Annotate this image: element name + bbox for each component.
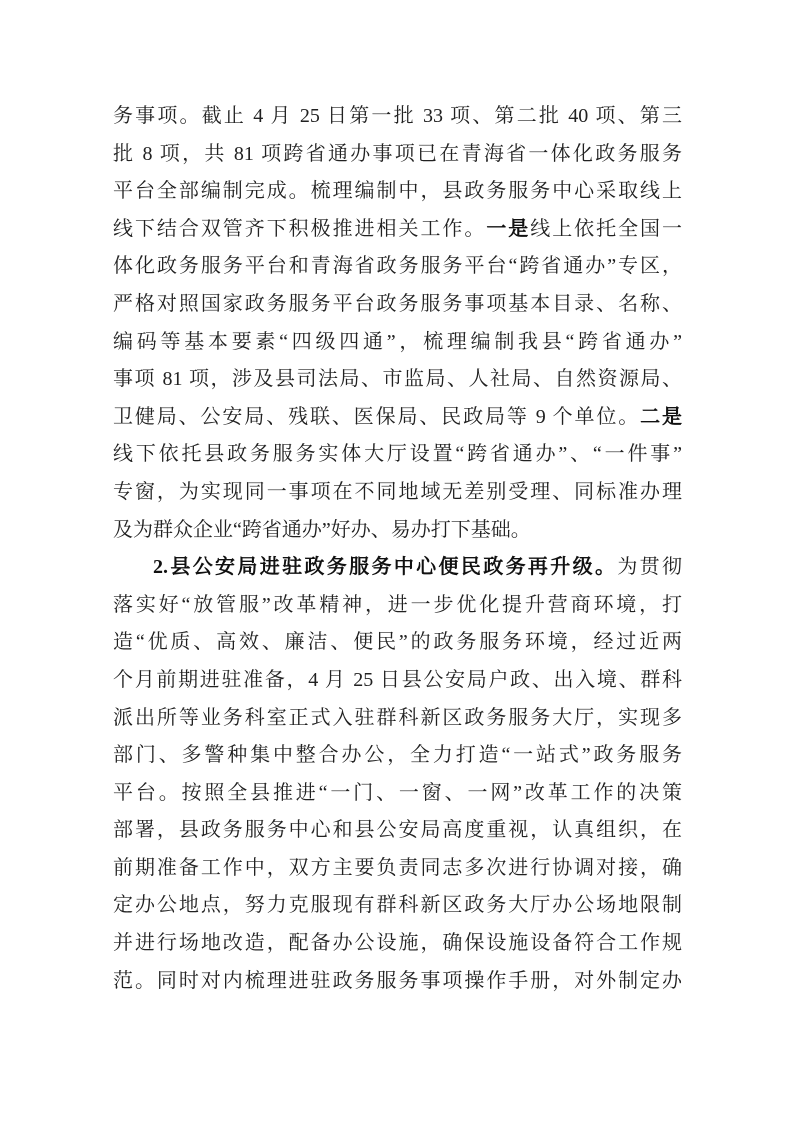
text-segment: 个月前期进驻准备，4 月 25 日县公安局户政、出入境、群科 [113, 669, 682, 691]
text-line: 并进行场地改造，配备办公设施，确保设施设备符合工作规 [113, 925, 682, 963]
text-line: 范。同时对内梳理进驻政务服务事项操作手册，对外制定办 [113, 963, 682, 1001]
text-line: 平台全部编制完成。梳理编制中，县政务服务中心采取线上 [113, 173, 682, 211]
text-line: 专窗，为实现同一事项在不同地域无差别受理、同标准办理 [113, 474, 682, 512]
text-line: 卫健局、公安局、残联、医保局、民政局等 9 个单位。二是 [113, 399, 682, 437]
text-line: 前期准备工作中，双方主要负责同志多次进行协调对接，确 [113, 850, 682, 888]
text-line: 部门、多警种集中整合办公，全力打造“一站式”政务服务 [113, 737, 682, 775]
text-segment: 线下依托县政务服务实体大厅设置“跨省通办”、“一件事” [113, 443, 682, 465]
text-segment: 批 8 项，共 81 项跨省通办事项已在青海省一体化政务服务 [113, 143, 682, 165]
bold-text-segment: 一是 [486, 218, 530, 240]
text-segment: 部门、多警种集中整合办公，全力打造“一站式”政务服务 [113, 744, 682, 766]
text-line: 派出所等业务科室正式入驻群科新区政务服务大厅，实现多 [113, 700, 682, 738]
text-line: 定办公地点，努力克服现有群科新区政务大厅办公场地限制 [113, 887, 682, 925]
text-segment: 前期准备工作中，双方主要负责同志多次进行协调对接，确 [113, 857, 682, 879]
text-line: 线下结合双管齐下积极推进相关工作。一是线上依托全国一 [113, 211, 682, 249]
document-body: 务事项。截止 4 月 25 日第一批 33 项、第二批 40 项、第三批 8 项… [113, 98, 682, 1000]
text-line: 平台。按照全县推进“一门、一窗、一网”改革工作的决策 [113, 775, 682, 813]
text-line: 事项 81 项，涉及县司法局、市监局、人社局、自然资源局、 [113, 361, 682, 399]
text-segment: 及为群众企业“跨省通办”好办、易办打下基础。 [113, 519, 531, 541]
text-line: 体化政务服务平台和青海省政务服务平台“跨省通办”专区， [113, 248, 682, 286]
text-segment: 并进行场地改造，配备办公设施，确保设施设备符合工作规 [113, 932, 682, 954]
text-line: 落实好“放管服”改革精神，进一步优化提升营商环境，打 [113, 587, 682, 625]
text-segment: 定办公地点，努力克服现有群科新区政务大厅办公场地限制 [113, 894, 682, 916]
bold-text-segment: 二是 [640, 406, 682, 428]
text-line: 务事项。截止 4 月 25 日第一批 33 项、第二批 40 项、第三 [113, 98, 682, 136]
text-line: 及为群众企业“跨省通办”好办、易办打下基础。 [113, 512, 682, 550]
text-segment: 体化政务服务平台和青海省政务服务平台“跨省通办”专区， [113, 255, 682, 277]
text-segment: 造“优质、高效、廉洁、便民”的政务服务环境，经过近两 [113, 631, 682, 653]
text-segment: 为贯彻 [617, 556, 682, 578]
text-segment: 线下结合双管齐下积极推进相关工作。 [113, 218, 486, 240]
text-line: 造“优质、高效、廉洁、便民”的政务服务环境，经过近两 [113, 624, 682, 662]
bold-text-segment: 2.县公安局进驻政务服务中心便民政务再升级。 [153, 556, 617, 578]
text-segment: 专窗，为实现同一事项在不同地域无差别受理、同标准办理 [113, 481, 682, 503]
text-line: 严格对照国家政务服务平台政务服务事项基本目录、名称、 [113, 286, 682, 324]
text-segment: 平台全部编制完成。梳理编制中，县政务服务中心采取线上 [113, 180, 682, 202]
text-segment: 部署，县政务服务中心和县公安局高度重视，认真组织，在 [113, 819, 682, 841]
text-line: 部署，县政务服务中心和县公安局高度重视，认真组织，在 [113, 812, 682, 850]
text-line: 批 8 项，共 81 项跨省通办事项已在青海省一体化政务服务 [113, 136, 682, 174]
text-segment: 派出所等业务科室正式入驻群科新区政务服务大厅，实现多 [113, 707, 682, 729]
text-segment: 范。同时对内梳理进驻政务服务事项操作手册，对外制定办 [113, 970, 682, 992]
text-segment: 落实好“放管服”改革精神，进一步优化提升营商环境，打 [113, 594, 682, 616]
text-segment: 卫健局、公安局、残联、医保局、民政局等 9 个单位。 [113, 406, 640, 428]
text-line: 个月前期进驻准备，4 月 25 日县公安局户政、出入境、群科 [113, 662, 682, 700]
text-line: 线下依托县政务服务实体大厅设置“跨省通办”、“一件事” [113, 436, 682, 474]
text-line: 2.县公安局进驻政务服务中心便民政务再升级。为贯彻 [113, 549, 682, 587]
document-page: 务事项。截止 4 月 25 日第一批 33 项、第二批 40 项、第三批 8 项… [0, 0, 793, 1122]
text-segment: 线上依托全国一 [530, 218, 682, 240]
text-segment: 事项 81 项，涉及县司法局、市监局、人社局、自然资源局、 [113, 368, 682, 390]
text-segment: 务事项。截止 4 月 25 日第一批 33 项、第二批 40 项、第三 [113, 105, 682, 127]
text-segment: 严格对照国家政务服务平台政务服务事项基本目录、名称、 [113, 293, 682, 315]
text-segment: 平台。按照全县推进“一门、一窗、一网”改革工作的决策 [113, 782, 682, 804]
text-segment: 编码等基本要素“四级四通”，梳理编制我县“跨省通办” [113, 331, 682, 353]
text-line: 编码等基本要素“四级四通”，梳理编制我县“跨省通办” [113, 324, 682, 362]
